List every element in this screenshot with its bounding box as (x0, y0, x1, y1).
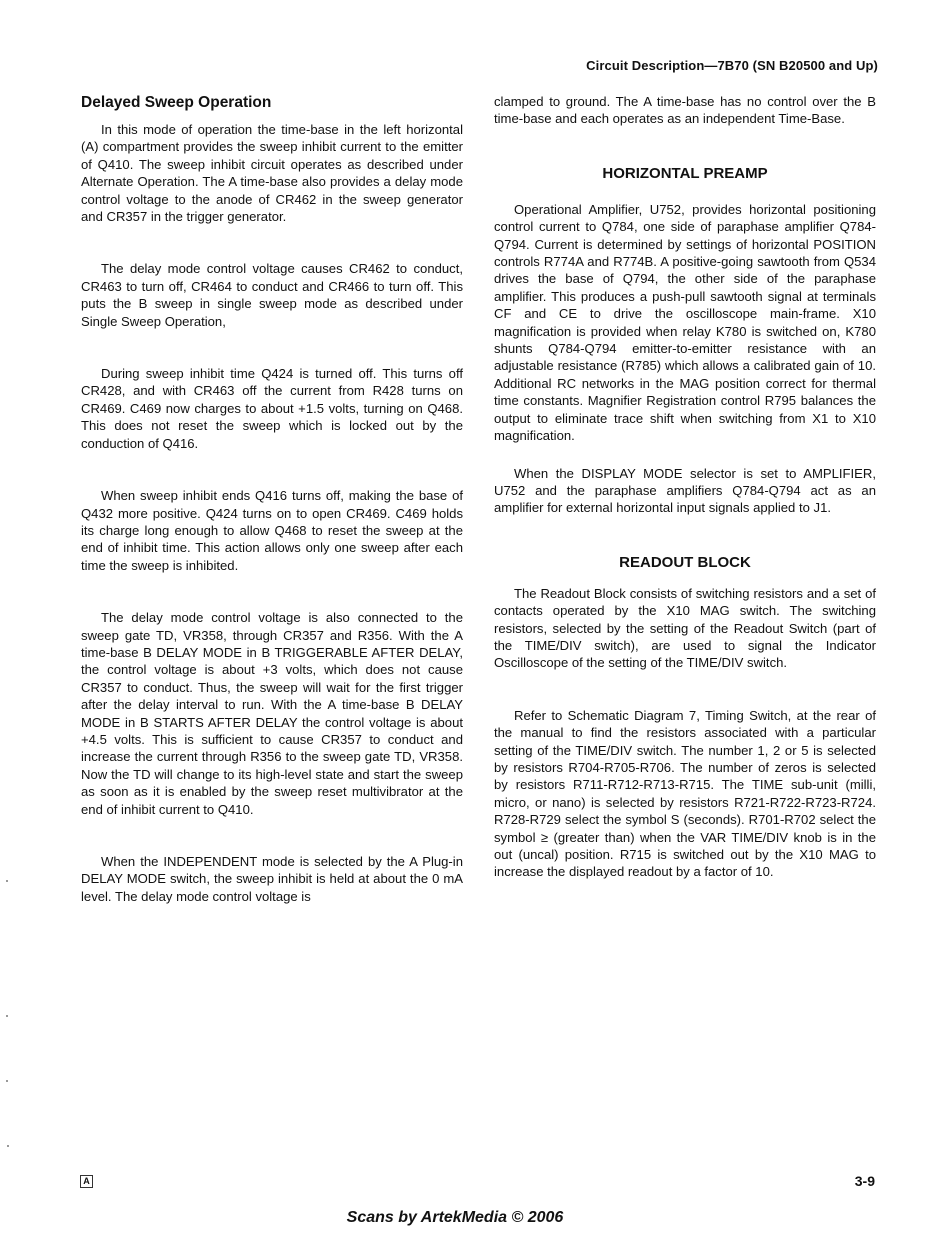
footer-credit: Scans by ArtekMedia © 2006 (0, 1209, 950, 1227)
paragraph: In this mode of operation the time-base … (81, 121, 463, 225)
corner-mark-icon: A (80, 1175, 93, 1188)
page-header: Circuit Description—7B70 (SN B20500 and … (586, 58, 878, 73)
page-number: 3-9 (855, 1173, 875, 1189)
scan-artifact (6, 1080, 8, 1082)
paragraph: When the DISPLAY MODE selector is set to… (494, 465, 876, 517)
section-heading-readout-block: READOUT BLOCK (494, 553, 876, 573)
paragraph: The Readout Block consists of switching … (494, 585, 876, 672)
paragraph: The delay mode control voltage is also c… (81, 609, 463, 818)
scan-artifact (6, 1015, 8, 1017)
paragraph-continuation: clamped to ground. The A time-base has n… (494, 93, 876, 128)
section-heading-delayed-sweep: Delayed Sweep Operation (81, 93, 463, 113)
right-column: clamped to ground. The A time-base has n… (494, 93, 876, 881)
paragraph: The delay mode control voltage causes CR… (81, 260, 463, 330)
footer-credit-text: Scans by ArtekMedia © 2006 (347, 1209, 564, 1226)
paragraph: When the INDEPENDENT mode is selected by… (81, 853, 463, 905)
paragraph: Operational Amplifier, U752, provides ho… (494, 201, 876, 445)
paragraph: When sweep inhibit ends Q416 turns off, … (81, 487, 463, 574)
section-heading-horizontal-preamp: HORIZONTAL PREAMP (494, 164, 876, 184)
left-column: Delayed Sweep Operation In this mode of … (81, 93, 463, 905)
paragraph: During sweep inhibit time Q424 is turned… (81, 365, 463, 452)
scan-artifact (6, 880, 8, 882)
paragraph: Refer to Schematic Diagram 7, Timing Swi… (494, 707, 876, 881)
scan-artifact (7, 1145, 9, 1147)
